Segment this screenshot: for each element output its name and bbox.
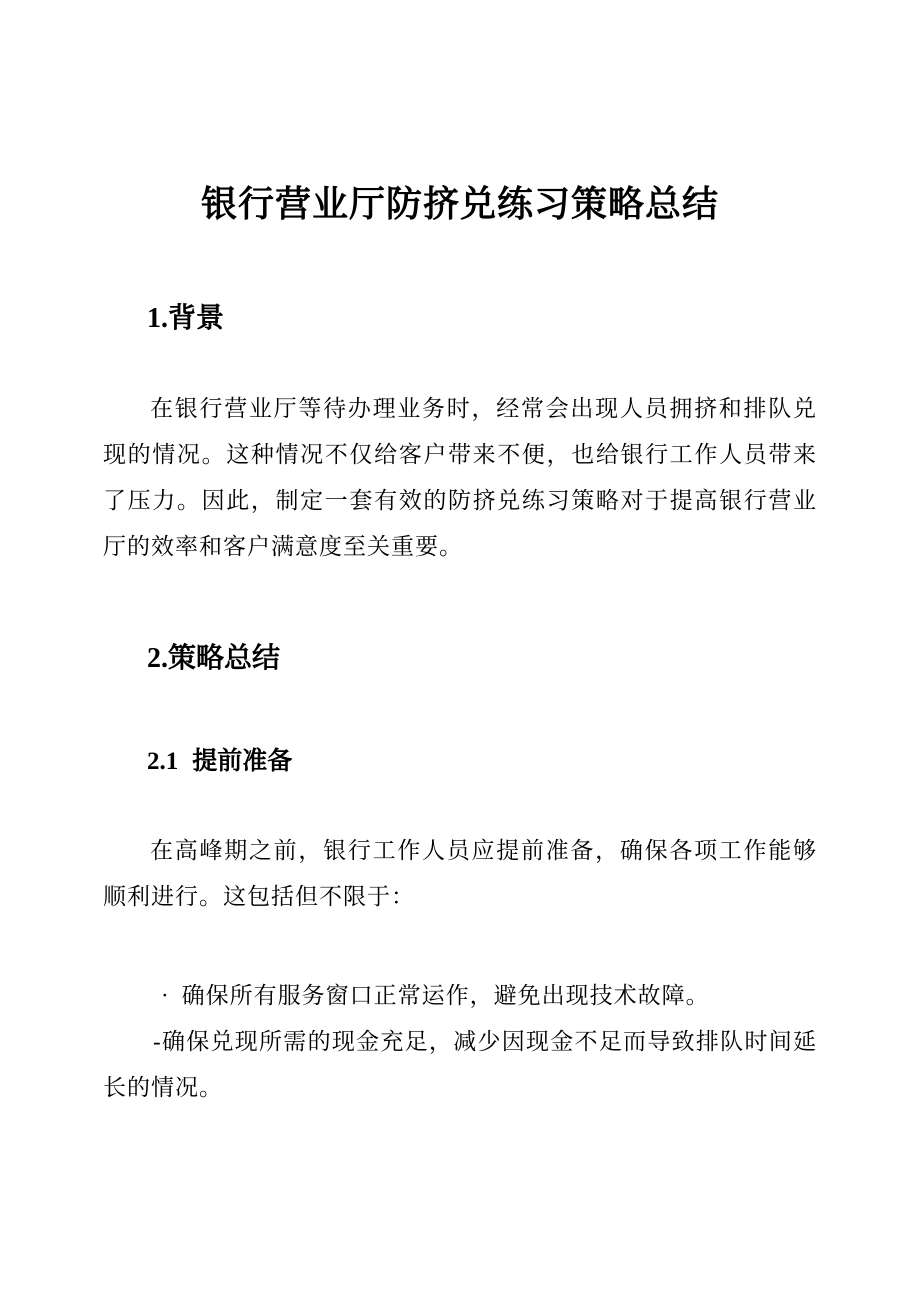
section-2-heading: 2.策略总结 [147,642,817,675]
list-item-1-text: 确保所有服务窗口正常运作，避免出现技术故障。 [182,983,710,1008]
section-2-heading-text: 策略总结 [168,642,280,673]
section-2-number: 2. [147,643,168,674]
bullet-list: ·确保所有服务窗口正常运作，避免出现技术故障。 -确保兑现所需的现金充足，减少因… [103,973,817,1111]
section-1-number: 1. [147,303,168,334]
subsection-2-1-heading: 2.1提前准备 [147,747,817,776]
list-item-2: -确保兑现所需的现金充足，减少因现金不足而导致排队时间延长的情况。 [103,1019,817,1111]
bullet-dash-marker: - [153,1029,162,1054]
list-item-1: ·确保所有服务窗口正常运作，避免出现技术故障。 [103,973,817,1019]
document-page: 银行营业厅防挤兑练习策略总结 1.背景 在银行营业厅等待办理业务时，经常会出现人… [0,0,920,1301]
section-1-heading: 1.背景 [147,302,817,335]
list-item-2-text: 确保兑现所需的现金充足，减少因现金不足而导致排队时间延长的情况。 [103,1029,817,1100]
subsection-2-1-heading-text: 提前准备 [192,747,292,775]
bullet-dot-marker: · [161,983,170,1008]
section-1-paragraph: 在银行营业厅等待办理业务时，经常会出现人员拥挤和排队兑现的情况。这种情况不仅给客… [103,386,817,570]
document-title: 银行营业厅防挤兑练习策略总结 [103,185,817,223]
subsection-2-1-paragraph: 在高峰期之前，银行工作人员应提前准备，确保各项工作能够顺利进行。这包括但不限于： [103,828,817,920]
section-1-heading-text: 背景 [168,302,224,333]
subsection-2-1-number: 2.1 [147,748,178,775]
